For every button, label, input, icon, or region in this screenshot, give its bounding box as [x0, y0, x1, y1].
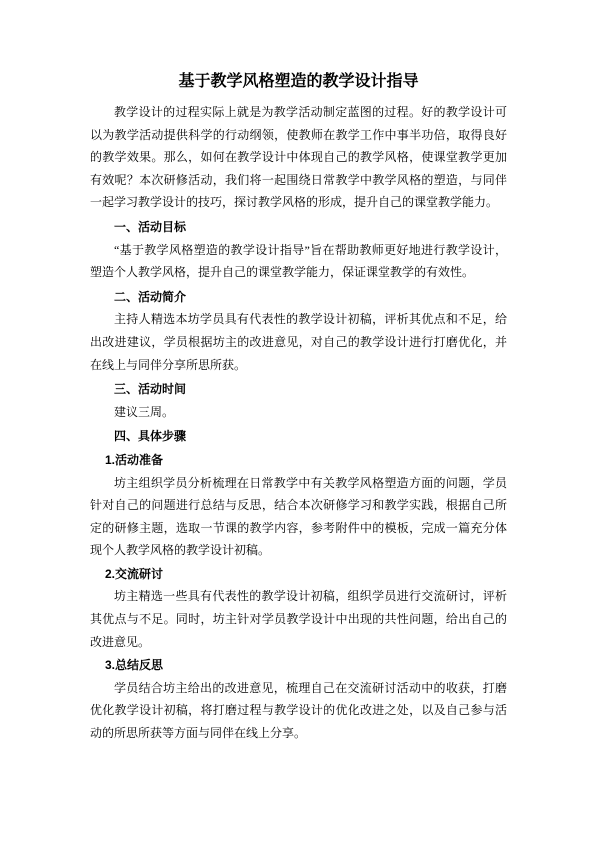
subsection-heading-preparation: 1.活动准备: [90, 449, 507, 472]
section-paragraph-schedule: 建议三周。: [90, 401, 507, 424]
intro-paragraph: 教学设计的过程实际上就是为教学活动制定蓝图的过程。好的教学设计可以为教学活动提供…: [90, 101, 507, 214]
section-heading-steps: 四、具体步骤: [90, 425, 507, 448]
subsection-heading-discussion: 2.交流研讨: [90, 563, 507, 586]
subsection-heading-reflection: 3.总结反思: [90, 654, 507, 677]
document-page: 基于教学风格塑造的教学设计指导 教学设计的过程实际上就是为教学活动制定蓝图的过程…: [0, 0, 595, 842]
section-heading-schedule: 三、活动时间: [90, 378, 507, 401]
subsection-paragraph-discussion: 坊主精选一些具有代表性的教学设计初稿，组织学员进行交流研讨，评析其优点与不足。同…: [90, 585, 507, 653]
document-title: 基于教学风格塑造的教学设计指导: [90, 70, 507, 94]
section-heading-overview: 二、活动简介: [90, 286, 507, 309]
section-heading-goals: 一、活动目标: [90, 216, 507, 239]
subsection-paragraph-reflection: 学员结合坊主给出的改进意见，梳理自己在交流研讨活动中的收获，打磨优化教学设计初稿…: [90, 677, 507, 745]
document-content: 基于教学风格塑造的教学设计指导 教学设计的过程实际上就是为教学活动制定蓝图的过程…: [90, 70, 507, 745]
subsection-paragraph-preparation: 坊主组织学员分析梳理在日常教学中有关教学风格塑造方面的问题，学员针对自己的问题进…: [90, 472, 507, 562]
section-paragraph-overview: 主持人精选本坊学员具有代表性的教学设计初稿，评析其优点和不足，给出改进建议，学员…: [90, 308, 507, 376]
section-paragraph-goals: “基于教学风格塑造的教学设计指导”旨在帮助教师更好地进行教学设计，塑造个人教学风…: [90, 239, 507, 284]
